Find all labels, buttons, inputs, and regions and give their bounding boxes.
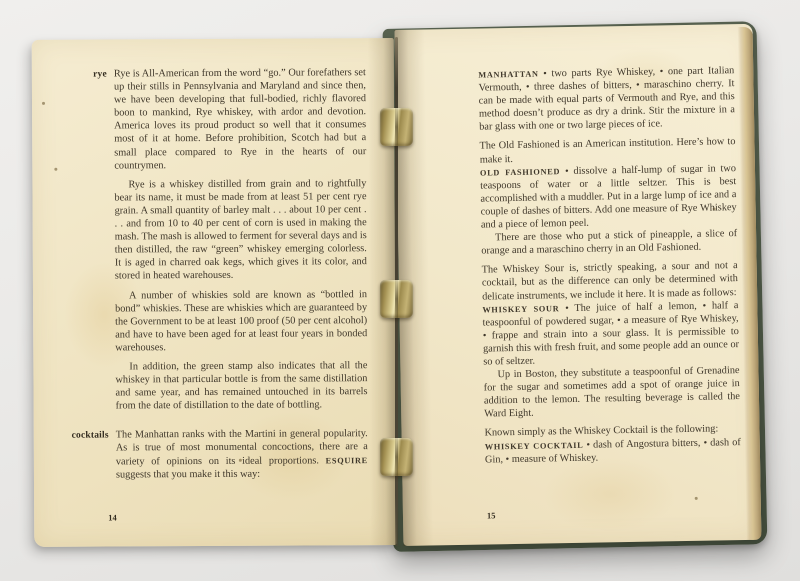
paragraph: There are those who put a stick of pinea…	[481, 227, 737, 258]
body-text: suggests that you make it this way:	[116, 468, 260, 480]
paragraph: WHISKEY SOUR • The juice of half a lemon…	[482, 299, 739, 369]
body-text: A number of whiskies sold are known as “…	[115, 289, 367, 354]
page-section: ryeRye is All-American from the word “go…	[114, 66, 368, 413]
right-page: MANHATTAN • two parts Rye Whiskey, • one…	[394, 24, 761, 546]
paragraph: The Manhattan ranks with the Martini in …	[116, 427, 368, 481]
recipe-label: ESQUIRE	[326, 456, 368, 465]
page-section: cocktailsThe Manhattan ranks with the Ma…	[116, 427, 368, 481]
page-number-right: 15	[487, 510, 496, 520]
paragraph: In addition, the green stamp also indica…	[115, 359, 367, 413]
paragraph: The Whiskey Sour is, strictly speaking, …	[482, 259, 739, 303]
body-text: Rye is All-American from the word “go.” …	[114, 67, 366, 171]
body-text: The Whiskey Sour is, strictly speaking, …	[482, 260, 738, 302]
paragraph: WHISKEY COCKTAIL • dash of Angostura bit…	[485, 436, 741, 467]
fox-speck	[54, 168, 57, 171]
page-number-left: 14	[108, 512, 117, 522]
margin-label: rye	[37, 69, 107, 82]
body-text: In addition, the green stamp also indica…	[115, 360, 367, 412]
body-text: There are those who put a stick of pinea…	[481, 228, 737, 257]
binding-clip-bottom	[380, 438, 413, 476]
recipe-label: WHISKEY SOUR	[482, 304, 559, 314]
paragraph: Up in Boston, they substitute a teaspoon…	[483, 364, 740, 421]
paragraph: Rye is All-American from the word “go.” …	[114, 66, 367, 172]
paragraph: MANHATTAN • two parts Rye Whiskey, • one…	[478, 64, 735, 134]
left-page: ryeRye is All-American from the word “go…	[32, 38, 397, 547]
binding-clip-top	[380, 108, 413, 146]
body-text: The Old Fashioned is an American institu…	[479, 137, 735, 166]
photo-background: ryeRye is All-American from the word “go…	[0, 0, 800, 581]
right-page-text: MANHATTAN • two parts Rye Whiskey, • one…	[478, 64, 741, 466]
binding-clip-middle	[380, 280, 413, 318]
margin-label: cocktails	[39, 430, 109, 443]
paragraph: OLD FASHIONED • dissolve a half-lump of …	[480, 162, 737, 232]
recipe-label: MANHATTAN	[478, 70, 539, 80]
paragraph: A number of whiskies sold are known as “…	[115, 288, 367, 355]
recipe-label: WHISKEY COCKTAIL	[485, 440, 584, 451]
body-text: Rye is a whiskey distilled from grain an…	[114, 178, 366, 282]
left-page-text: ryeRye is All-American from the word “go…	[114, 66, 368, 481]
fox-speck	[695, 497, 698, 500]
body-text: Up in Boston, they substitute a teaspoon…	[484, 365, 740, 420]
book: ryeRye is All-American from the word “go…	[30, 24, 772, 554]
recipe-label: OLD FASHIONED	[480, 167, 560, 177]
fox-speck	[42, 102, 45, 105]
paragraph: Rye is a whiskey distilled from grain an…	[114, 177, 367, 283]
